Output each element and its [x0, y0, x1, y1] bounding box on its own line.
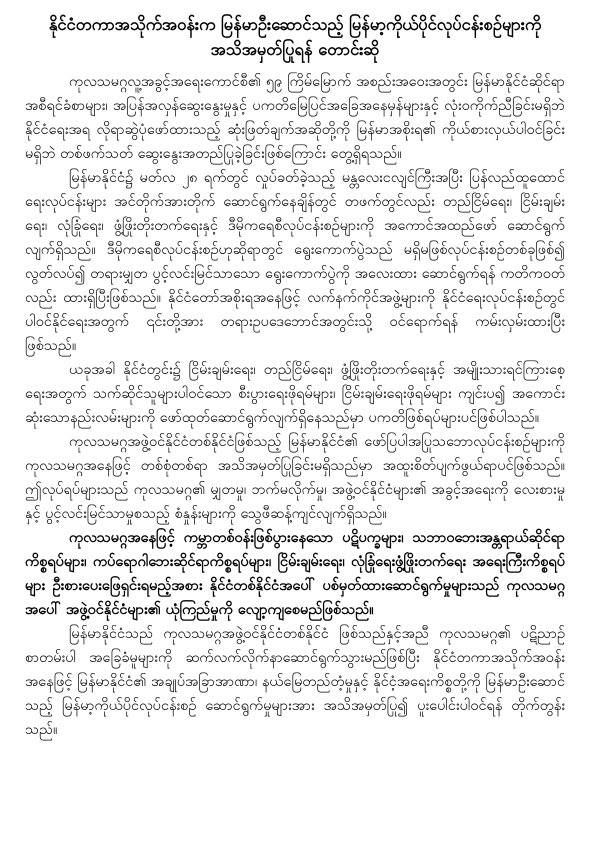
paragraph: မြန်မာနိုင်ငံ၌ မတ်လ ၂၈ ရက်တွင် လှုပ်ခတ်ခ… [25, 166, 565, 358]
document-body: ကုလသမဂ္ဂလူ့အခွင့်အရေးကောင်စီ၏ ၅၉ ကြိမ်မြ… [25, 70, 565, 742]
paragraph: ယခုအခါ နိုင်ငံတွင်း၌ ငြိမ်းချမ်းရေး၊ တည်… [25, 358, 565, 430]
paragraph-emphasis: ကုလသမဂ္ဂအနေဖြင့် ကမ္ဘာတစ်ဝန်းဖြစ်ပွားနေသ… [25, 526, 565, 622]
paragraph: မြန်မာနိုင်ငံသည် ကုလသမဂ္ဂအဖွဲ့ဝင်နိုင်ငံ… [25, 622, 565, 742]
paragraph: ကုလသမဂ္ဂအဖွဲ့ဝင်နိုင်ငံတစ်နိုင်ငံဖြစ်သည့… [25, 430, 565, 526]
document-title: နိုင်ငံတကာအသိုက်အဝန်းက မြန်မာဦးဆောင်သည့်… [33, 12, 557, 62]
paragraph: ကုလသမဂ္ဂလူ့အခွင့်အရေးကောင်စီ၏ ၅၉ ကြိမ်မြ… [25, 70, 565, 166]
document-page: နိုင်ငံတကာအသိုက်အဝန်းက မြန်မာဦးဆောင်သည့်… [0, 0, 590, 855]
